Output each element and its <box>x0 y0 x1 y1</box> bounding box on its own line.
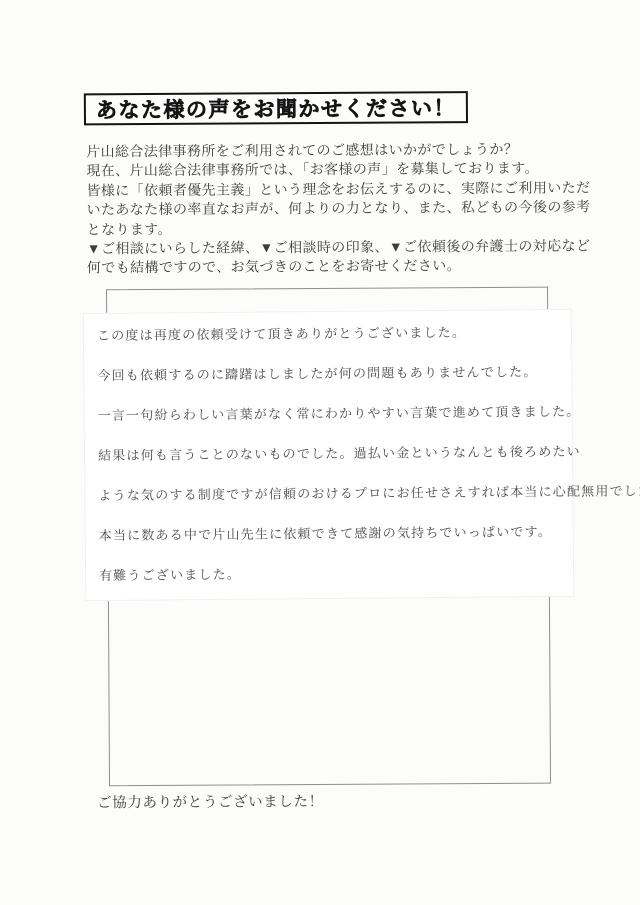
feedback-line: 今回も依頼するのに躊躇はしましたが何の問題もありませんでした。 <box>97 363 571 385</box>
feedback-line: 一言一句紛らわしい言葉がなく常にわかりやすい言葉で進めて頂きました。 <box>98 403 572 425</box>
intro-line: ▼ご相談にいらした経緯、▼ご相談時の印象、▼ご依頼後の弁護士の対応など <box>87 237 567 259</box>
intro-line: 現在、片山総合法律事務所では、「お客様の声」を募集しております。 <box>86 159 566 181</box>
feedback-line: 有難うございました。 <box>99 563 573 585</box>
intro-line: 何でも結構ですので、お気づきのことをお寄せください。 <box>87 256 567 278</box>
intro-paragraph: 片山総合法律事務所をご利用されてのご感想はいかがでしょうか？現在、片山総合法律事… <box>86 139 567 278</box>
page-title: あなた様の声をお聞かせください！ <box>84 91 468 125</box>
closing-text: ご協力ありがとうございました！ <box>97 790 324 812</box>
feedback-note: この度は再度の依頼受けて頂きありがとうございました。今回も依頼するのに躊躇はしま… <box>83 309 574 601</box>
scanned-page: あなた様の声をお聞かせください！ 片山総合法律事務所をご利用されてのご感想はいか… <box>0 0 640 905</box>
feedback-line: 結果は何も言うことのないものでした。過払い金というなんとも後ろめたい <box>98 443 572 465</box>
feedback-line: ような気のする制度ですが信頼のおけるプロにお任せさえすれば本当に心配無用でした。 <box>98 483 572 505</box>
scan-skew-wrapper: あなた様の声をお聞かせください！ 片山総合法律事務所をご利用されてのご感想はいか… <box>0 0 640 905</box>
feedback-line: 本当に数ある中で片山先生に依頼できて感謝の気持ちでいっぱいです。 <box>99 523 573 545</box>
intro-line: いたあなた様の率直なお声が、何よりの力となり、また、私どもの今後の参考 <box>86 198 566 220</box>
feedback-line: この度は再度の依頼受けて頂きありがとうございました。 <box>97 323 571 345</box>
